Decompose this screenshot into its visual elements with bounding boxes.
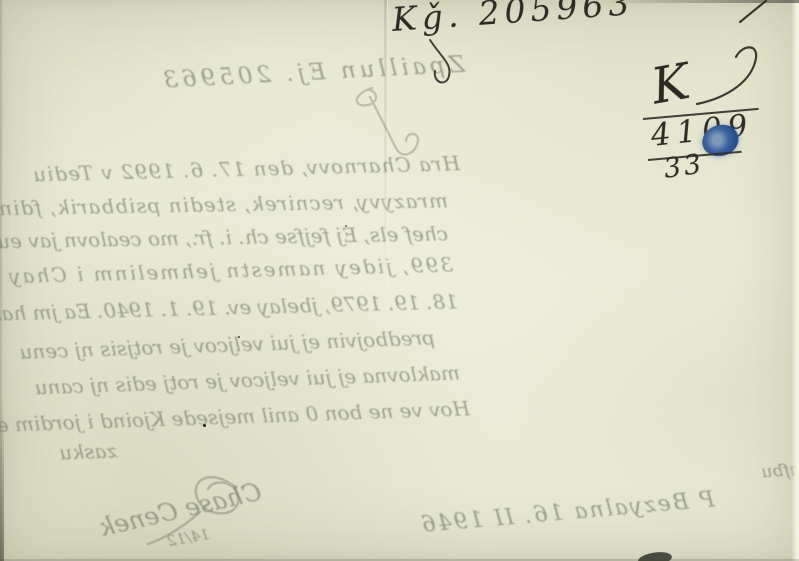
ink-speck [345, 225, 347, 227]
scan-edge-top [600, 0, 799, 3]
ink-speck [203, 424, 206, 427]
paper-right-edge-highlight [791, 0, 799, 561]
ink-speck [238, 336, 240, 338]
scan-edge-left-bottom [0, 400, 4, 561]
scanned-letter-page: Zpaillun Ej. 205963Hra Charnovv, den 17.… [0, 0, 799, 561]
paper-crease [384, 0, 387, 290]
file-mark-denominator: 33 [662, 149, 706, 185]
